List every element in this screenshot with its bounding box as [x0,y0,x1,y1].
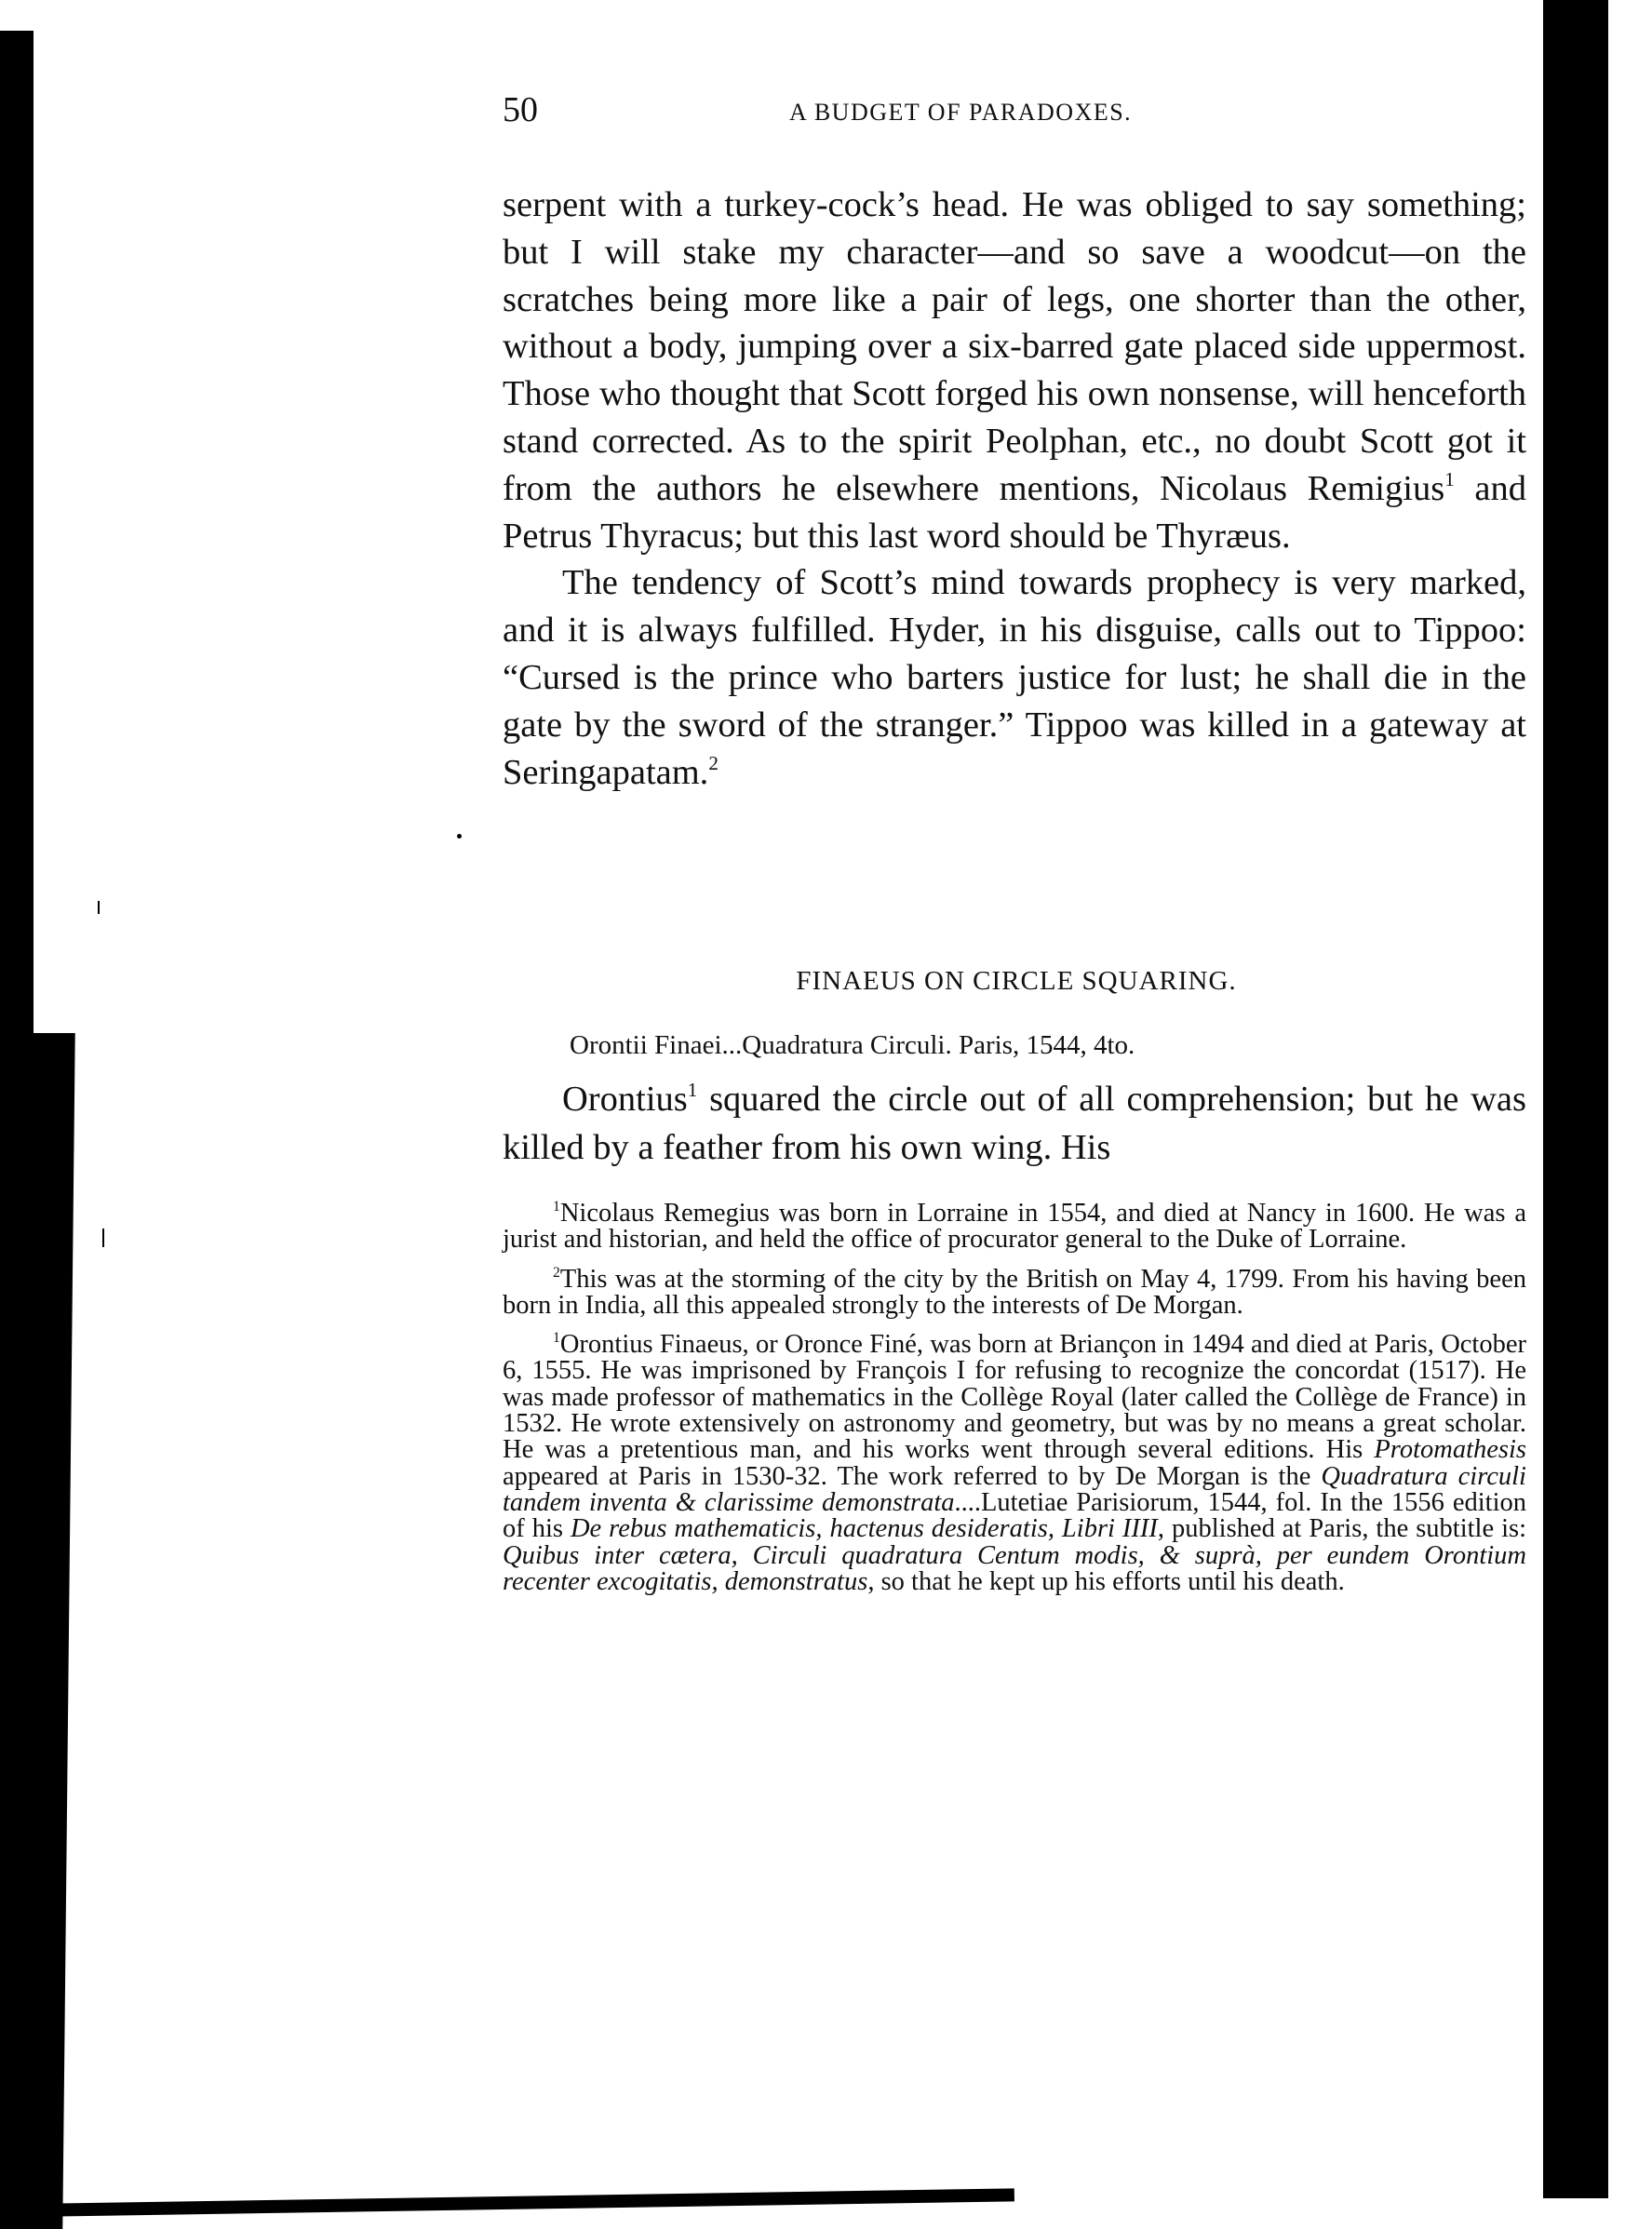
footnote: 1Orontius Finaeus, or Oronce Finé, was b… [503,1332,1526,1595]
paragraph: serpent with a turkey-cock’s head. He wa… [503,181,1526,559]
stray-mark [102,1229,104,1247]
stray-dot [457,834,462,839]
stray-mark [98,901,100,914]
running-head: 50 A BUDGET OF PARADOXES. [503,89,1530,130]
scan-border-bottom [28,2188,1014,2217]
page-number: 50 [503,89,538,130]
section-citation: Orontii Finaei...Quadratura Circuli. Par… [570,1030,1135,1061]
footnote-ref: 1 [688,1079,698,1101]
scan-border-right [1543,0,1608,2198]
section-paragraph: Orontius1 squared the circle out of all … [503,1075,1526,1172]
paragraph: The tendency of Scott’s mind towards pro… [503,559,1526,796]
body-text: serpent with a turkey-cock’s head. He wa… [503,181,1526,796]
footnote-ref: 2 [708,752,719,774]
footnote: 1Nicolaus Remegius was born in Lorraine … [503,1201,1526,1254]
footnote: 2This was at the storming of the city by… [503,1267,1526,1320]
running-title: A BUDGET OF PARADOXES. [789,99,1132,127]
footnotes: 1Nicolaus Remegius was born in Lorraine … [503,1201,1526,1608]
section-heading: FINAEUS ON CIRCLE SQUARING. [503,966,1530,997]
footnote-ref: 1 [1444,468,1455,490]
